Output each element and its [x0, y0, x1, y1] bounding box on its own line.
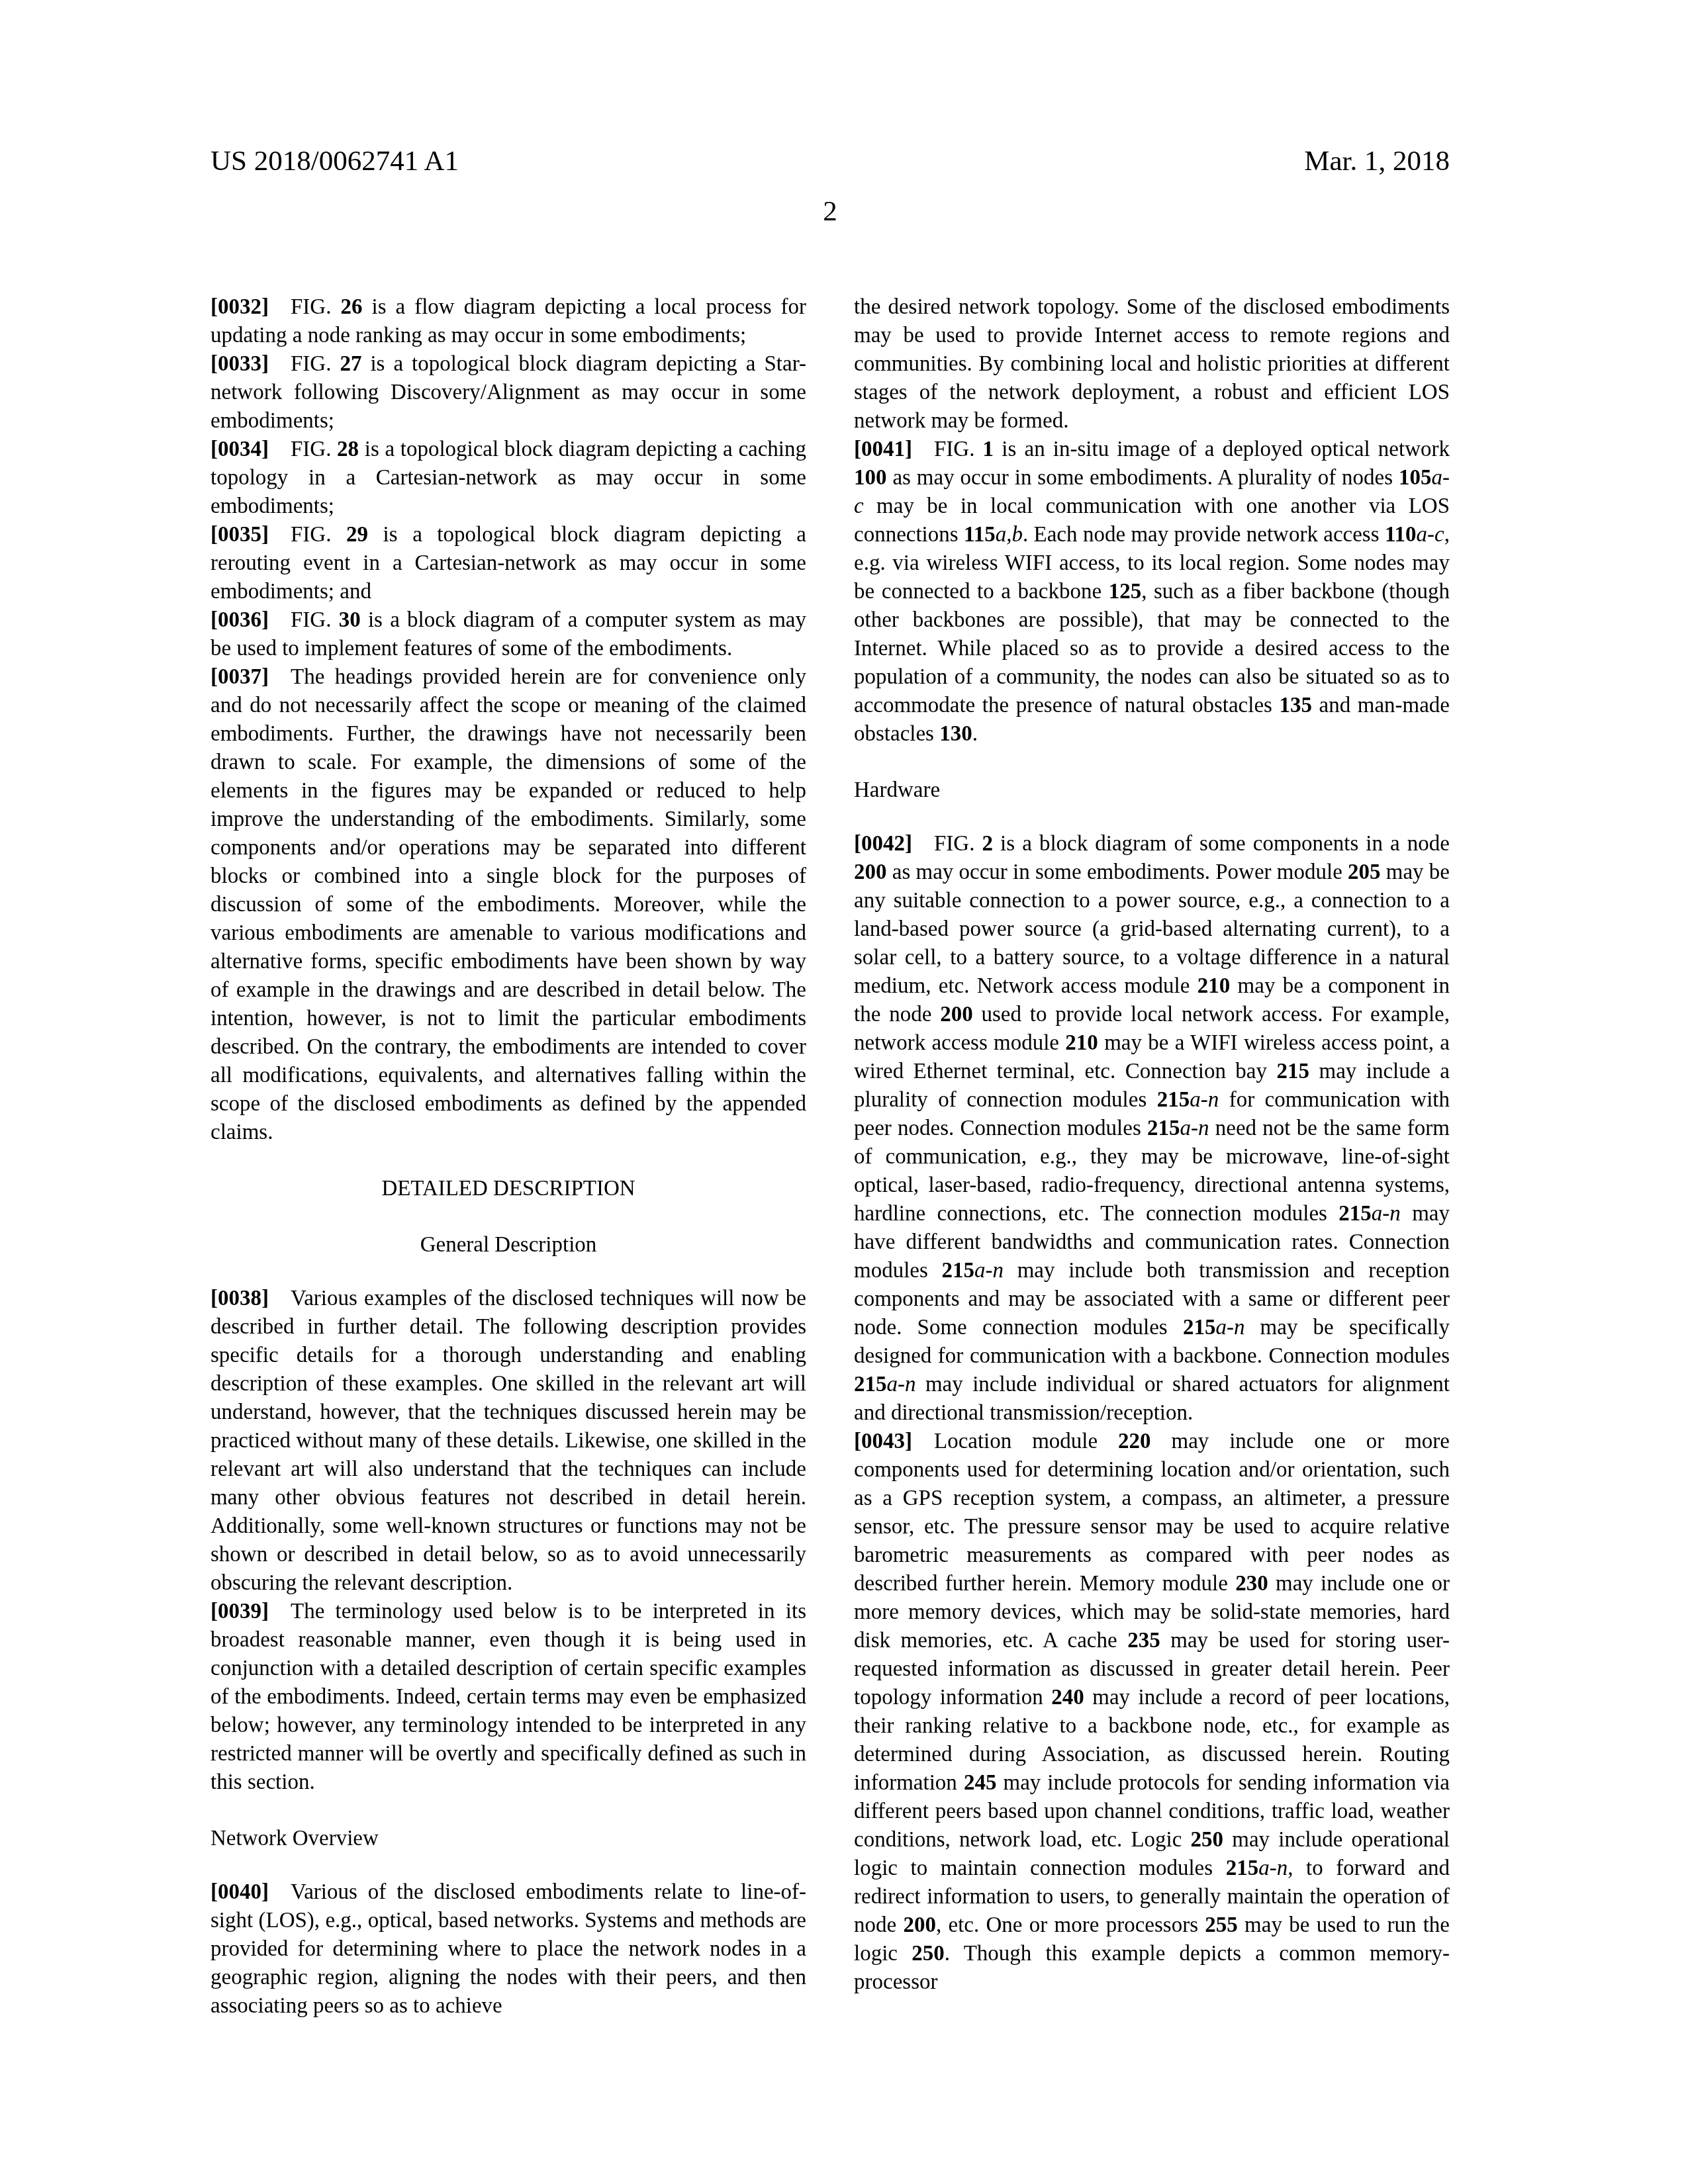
paragraph-0042: [0042] FIG. 2 is a block diagram of some…: [854, 830, 1450, 1428]
paragraph-0040-continued: the desired network topology. Some of th…: [854, 293, 1450, 435]
right-column: the desired network topology. Some of th…: [854, 293, 1450, 1997]
left-column: [0032] FIG. 26 is a flow diagram depicti…: [211, 293, 806, 2021]
paragraph-0035: [0035] FIG. 29 is a topological block di…: [211, 521, 806, 606]
paragraph-0033: [0033] FIG. 27 is a topological block di…: [211, 350, 806, 435]
page-number: 2: [211, 197, 1450, 226]
section-heading-hardware: Hardware: [854, 776, 1450, 805]
publication-number: US 2018/0062741 A1: [211, 147, 459, 175]
paragraph-0041: [0041] FIG. 1 is an in-situ image of a d…: [854, 435, 1450, 749]
page-header: US 2018/0062741 A1 Mar. 1, 2018: [211, 147, 1450, 175]
section-heading-general-description: General Description: [211, 1231, 806, 1259]
paragraph-0043: [0043] Location module 220 may include o…: [854, 1428, 1450, 1997]
section-heading-detailed-description: DETAILED DESCRIPTION: [211, 1175, 806, 1203]
paragraph-0037: [0037] The headings provided herein are …: [211, 663, 806, 1147]
paragraph-0036: [0036] FIG. 30 is a block diagram of a c…: [211, 606, 806, 663]
section-heading-network-overview: Network Overview: [211, 1825, 806, 1853]
paragraph-0032: [0032] FIG. 26 is a flow diagram depicti…: [211, 293, 806, 350]
patent-document-page: US 2018/0062741 A1 Mar. 1, 2018 2 [0032]…: [0, 0, 1688, 2184]
paragraph-0039: [0039] The terminology used below is to …: [211, 1598, 806, 1797]
paragraph-0038: [0038] Various examples of the disclosed…: [211, 1285, 806, 1598]
paragraph-0040: [0040] Various of the disclosed embodime…: [211, 1878, 806, 2021]
publication-date: Mar. 1, 2018: [1304, 147, 1450, 175]
paragraph-0034: [0034] FIG. 28 is a topological block di…: [211, 435, 806, 521]
